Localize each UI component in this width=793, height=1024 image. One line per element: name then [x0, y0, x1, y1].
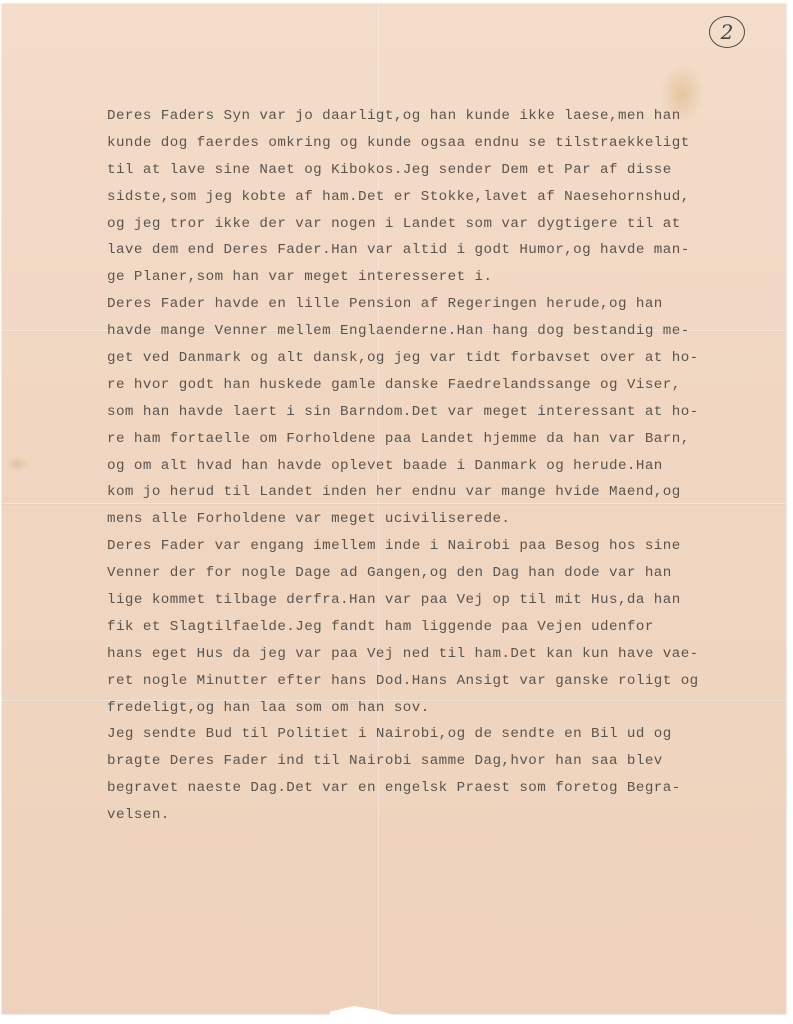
text-line: mens alle Forholdene var meget ucivilise…	[107, 506, 767, 533]
text-line: som han havde laert i sin Barndom.Det va…	[107, 399, 767, 426]
text-line: lige kommet tilbage derfra.Han var paa V…	[107, 587, 767, 614]
text-line: velsen.	[107, 802, 767, 829]
typewritten-letter-body: Deres Faders Syn var jo daarligt,og han …	[107, 103, 767, 829]
text-line: Venner der for nogle Dage ad Gangen,og d…	[107, 560, 767, 587]
text-line: Deres Fader var engang imellem inde i Na…	[107, 533, 767, 560]
text-line: re hvor godt han huskede gamle danske Fa…	[107, 372, 767, 399]
page-number-circled: 2	[709, 16, 745, 48]
text-line: kunde dog faerdes omkring og kunde ogsaa…	[107, 130, 767, 157]
text-line: fik et Slagtilfaelde.Jeg fandt ham ligge…	[107, 614, 767, 641]
text-line: lave dem end Deres Fader.Han var altid i…	[107, 237, 767, 264]
text-line: sidste,som jeg kobte af ham.Det er Stokk…	[107, 184, 767, 211]
text-line: hans eget Hus da jeg var paa Vej ned til…	[107, 641, 767, 668]
text-line: ge Planer,som han var meget interesseret…	[107, 264, 767, 291]
text-line: get ved Danmark og alt dansk,og jeg var …	[107, 345, 767, 372]
text-line: kom jo herud til Landet inden her endnu …	[107, 479, 767, 506]
text-line: og jeg tror ikke der var nogen i Landet …	[107, 211, 767, 238]
text-line: Deres Faders Syn var jo daarligt,og han …	[107, 103, 767, 130]
text-line: bragte Deres Fader ind til Nairobi samme…	[107, 748, 767, 775]
text-line: re ham fortaelle om Forholdene paa Lande…	[107, 426, 767, 453]
text-line: Deres Fader havde en lille Pension af Re…	[107, 291, 767, 318]
text-line: begravet naeste Dag.Det var en engelsk P…	[107, 775, 767, 802]
text-line: Jeg sendte Bud til Politiet i Nairobi,og…	[107, 721, 767, 748]
text-line: fredeligt,og han laa som om han sov.	[107, 695, 767, 722]
text-line: og om alt hvad han havde oplevet baade i…	[107, 453, 767, 480]
text-line: ret nogle Minutter efter hans Dod.Hans A…	[107, 668, 767, 695]
text-line: til at lave sine Naet og Kibokos.Jeg sen…	[107, 157, 767, 184]
text-line: havde mange Venner mellem Englaenderne.H…	[107, 318, 767, 345]
